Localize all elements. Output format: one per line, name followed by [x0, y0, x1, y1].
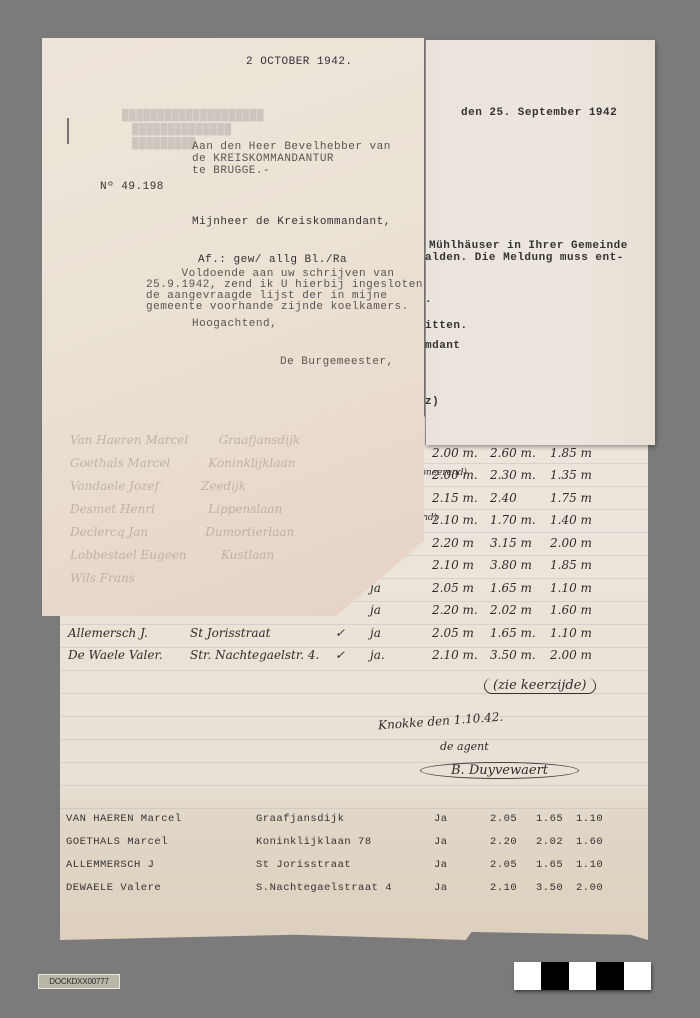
mayor-signature-line: De Burgemeester, [280, 356, 394, 368]
addressee-line-3: te BRUGGE.- [192, 165, 270, 177]
handwritten-h: 2.15 m. [432, 491, 478, 505]
handwritten-d: 1.60 m [550, 603, 592, 617]
german-fragment-1: Mühlhäuser in Ihrer Gemeinde [429, 240, 628, 252]
typed-cell-h: 2.05 [490, 859, 517, 871]
handwritten-d: 1.10 m [550, 581, 592, 595]
handwritten-h: 2.20 m [432, 536, 474, 550]
german-letter: den 25. September 1942 Mühlhäuser in Ihr… [425, 40, 655, 445]
typed-cell-d: 1.10 [576, 813, 603, 825]
handwritten-name: De Waele Valer. [68, 648, 163, 662]
typed-cell-answer: Ja [434, 813, 448, 825]
handwritten-d: 2.00 m [550, 536, 592, 550]
color-patch [624, 962, 651, 990]
inventory-label: DOCKDXX00777 [38, 974, 120, 989]
handwritten-w: 1.70 m. [490, 513, 536, 527]
typed-cell-name: ALLEMMERSCH J [66, 859, 154, 871]
typed-cell-answer: Ja [434, 882, 448, 894]
typed-cell-name: GOETHALS Marcel [66, 836, 168, 848]
handwritten-answer: ja [370, 626, 381, 640]
handwritten-w: 1.65 m [490, 581, 532, 595]
typed-cell-street: S.Nachtegaelstraat 4 [256, 882, 392, 894]
ghost-handwriting: Van Haeren Marcel Graafjansdijk [70, 433, 300, 447]
ghost-handwriting: Lobbestael Eugeen Kustlaan [70, 548, 274, 562]
ghost-text: ██████████████ [132, 124, 231, 136]
typed-cell-h: 2.20 [490, 836, 517, 848]
typed-cell-w: 1.65 [536, 859, 563, 871]
handwritten-w: 2.60 m. [490, 446, 536, 460]
handwritten-h: 2.05 m [432, 626, 474, 640]
handwritten-mark: ✓ [335, 626, 345, 640]
typed-cell-name: VAN HAEREN Marcel [66, 813, 182, 825]
color-patch [596, 962, 623, 990]
typed-cell-answer: Ja [434, 836, 448, 848]
handwritten-answer: ja. [370, 648, 385, 662]
handwritten-h: 2.10 m. [432, 648, 478, 662]
dutch-letter: ████████████████████ ██████████████ ████… [42, 38, 424, 616]
typed-cell-street: Koninklijklaan 78 [256, 836, 372, 848]
handwritten-d: 1.35 m [550, 468, 592, 482]
handwritten-signature: B. Duyvewaert [420, 762, 579, 779]
handwritten-w: 2.30 m. [490, 468, 536, 482]
color-patch [541, 962, 568, 990]
typed-cell-w: 2.02 [536, 836, 563, 848]
typed-cell-w: 1.65 [536, 813, 563, 825]
salutation: Mijnheer de Kreiskommandant, [192, 216, 391, 228]
color-patch [569, 962, 596, 990]
handwritten-street: St Jorisstraat [190, 626, 270, 640]
handwritten-h: 2.00 m. [432, 468, 478, 482]
german-fragment-3: . [425, 294, 432, 306]
german-fragment-2: alden. Die Meldung muss ent- [425, 252, 624, 264]
handwritten-w: 2.02 m [490, 603, 532, 617]
sheet-edge [425, 40, 426, 445]
ghost-handwriting: Declercq Jan Dumortierlaan [70, 525, 294, 539]
dutch-letter-date: 2 OCTOBER 1942. [246, 56, 353, 68]
body-line-4: gemeente voorhande zijnde koelkamers. [146, 301, 409, 313]
typed-cell-d: 1.10 [576, 859, 603, 871]
see-reverse-note: (zie keerzijde) [484, 678, 596, 694]
addressee-line-2: de KREISKOMMANDANTUR [192, 153, 334, 165]
file-reference: Af.: gew/ allg Bl./Ra [198, 254, 347, 266]
handwritten-w: 2.40 [490, 491, 517, 505]
handwritten-h: 2.05 m [432, 581, 474, 595]
handwritten-h: 2.20 m. [432, 603, 478, 617]
addressee-line-1: Aan den Heer Bevelhebber van [192, 141, 391, 153]
handwritten-w: 1.65 m. [490, 626, 536, 640]
ghost-handwriting: Goethals Marcel Koninklijklaan [70, 456, 295, 470]
handwritten-h: 2.10 m [432, 558, 474, 572]
typed-cell-h: 2.05 [490, 813, 517, 825]
reference-number: Nº 49.198 [100, 181, 164, 193]
handwritten-h: 2.10 m. [432, 513, 478, 527]
handwritten-h: 2.00 m. [432, 446, 478, 460]
handwritten-w: 3.80 m [490, 558, 532, 572]
ghost-text: ████████████████████ [122, 110, 264, 122]
typed-cell-street: St Jorisstraat [256, 859, 351, 871]
german-fragment-6: z) [425, 396, 439, 408]
typed-table-row: GOETHALS MarcelKoninklijklaan 78Ja2.202.… [60, 836, 648, 858]
handwritten-w: 3.15 m [490, 536, 532, 550]
handwritten-name: Allemersch J. [68, 626, 148, 640]
german-letter-date: den 25. September 1942 [461, 107, 617, 119]
handwritten-d: 2.00 m [550, 648, 592, 662]
handwritten-d: 1.85 m [550, 446, 592, 460]
handwritten-d: 1.10 m [550, 626, 592, 640]
handwritten-w: 3.50 m. [490, 648, 536, 662]
signer-title: de agent [440, 740, 489, 753]
handwritten-d: 1.40 m [550, 513, 592, 527]
handwritten-d: 1.85 m [550, 558, 592, 572]
ghost-handwriting: Wils Frans [70, 571, 135, 585]
typed-cell-d: 1.60 [576, 836, 603, 848]
ghost-handwriting: Desmet Henri Lippenslaan [70, 502, 282, 516]
typed-cell-street: Graafjansdijk [256, 813, 344, 825]
handwritten-row: Allemersch J.St Jorisstraat✓ja2.05 m1.65… [60, 623, 648, 645]
color-patch [514, 962, 541, 990]
ghost-text: █████████ [132, 138, 196, 150]
german-fragment-5: mdant [425, 340, 461, 352]
typed-table-row: VAN HAEREN MarcelGraafjansdijkJa2.051.65… [60, 813, 648, 835]
handwritten-answer: ja [370, 603, 381, 617]
typed-cell-w: 3.50 [536, 882, 563, 894]
typed-cell-name: DEWAELE Valere [66, 882, 161, 894]
typed-cell-d: 2.00 [576, 882, 603, 894]
typed-cell-answer: Ja [434, 859, 448, 871]
ghost-handwriting: Vandaele Jozef Zeedijk [70, 479, 246, 493]
closing: Hoogachtend, [192, 318, 277, 330]
typed-cell-h: 2.10 [490, 882, 517, 894]
typed-table-row: ALLEMMERSCH JSt JorisstraatJa2.051.651.1… [60, 859, 648, 881]
handwritten-mark: ✓ [335, 648, 345, 662]
handwritten-row: De Waele Valer.Str. Nachtegaelstr. 4.✓ja… [60, 645, 648, 667]
german-fragment-4: itten. [425, 320, 468, 332]
color-calibration-scale [514, 962, 651, 990]
handwritten-street: Str. Nachtegaelstr. 4. [190, 648, 319, 662]
staple-mark [67, 118, 69, 144]
handwritten-d: 1.75 m [550, 491, 592, 505]
typed-table-row: DEWAELE ValereS.Nachtegaelstraat 4Ja2.10… [60, 882, 648, 904]
